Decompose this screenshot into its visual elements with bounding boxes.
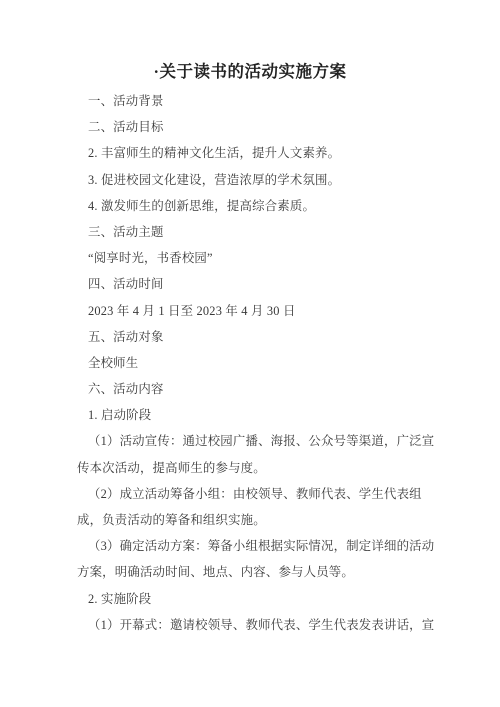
text-line: 2023 年 4 月 1 日至 2023 年 4 月 30 日 xyxy=(77,298,437,324)
text-line: （2）成立活动筹备小组：由校领导、教师代表、学生代表组 xyxy=(77,481,437,507)
text-line: （3）确定活动方案：筹备小组根据实际情况，制定详细的活动 xyxy=(77,533,437,559)
text-line: 传本次活动，提高师生的参与度。 xyxy=(77,455,437,481)
text-line: 四、活动时间 xyxy=(77,271,437,297)
text-line: 1. 启动阶段 xyxy=(77,402,437,428)
text-line: 2. 实施阶段 xyxy=(77,586,437,612)
text-line: （1）开幕式：邀请校领导、教师代表、学生代表发表讲话，宣 xyxy=(77,612,437,638)
text-line: 二、活动目标 xyxy=(77,114,437,140)
text-line: 3. 促进校园文化建设，营造浓厚的学术氛围。 xyxy=(77,167,437,193)
text-line: 全校师生 xyxy=(77,350,437,376)
text-line: 成，负责活动的筹备和组织实施。 xyxy=(77,507,437,533)
text-line: 方案，明确活动时间、地点、内容、参与人员等。 xyxy=(77,559,437,585)
document-title: ·关于读书的活动实施方案 xyxy=(0,58,500,82)
text-line: 六、活动内容 xyxy=(77,376,437,402)
text-line: （1）活动宣传：通过校园广播、海报、公众号等渠道，广泛宣 xyxy=(77,428,437,454)
text-line: 2. 丰富师生的精神文化生活，提升人文素养。 xyxy=(77,140,437,166)
text-line: 三、活动主题 xyxy=(77,219,437,245)
text-line: 4. 激发师生的创新思维，提高综合素质。 xyxy=(77,193,437,219)
text-line: 一、活动背景 xyxy=(77,88,437,114)
document-page: ·关于读书的活动实施方案 一、活动背景二、活动目标2. 丰富师生的精神文化生活，… xyxy=(0,0,500,707)
document-body: 一、活动背景二、活动目标2. 丰富师生的精神文化生活，提升人文素养。3. 促进校… xyxy=(77,88,437,638)
text-line: 五、活动对象 xyxy=(77,324,437,350)
text-line: “阅享时光，书香校园” xyxy=(77,245,437,271)
